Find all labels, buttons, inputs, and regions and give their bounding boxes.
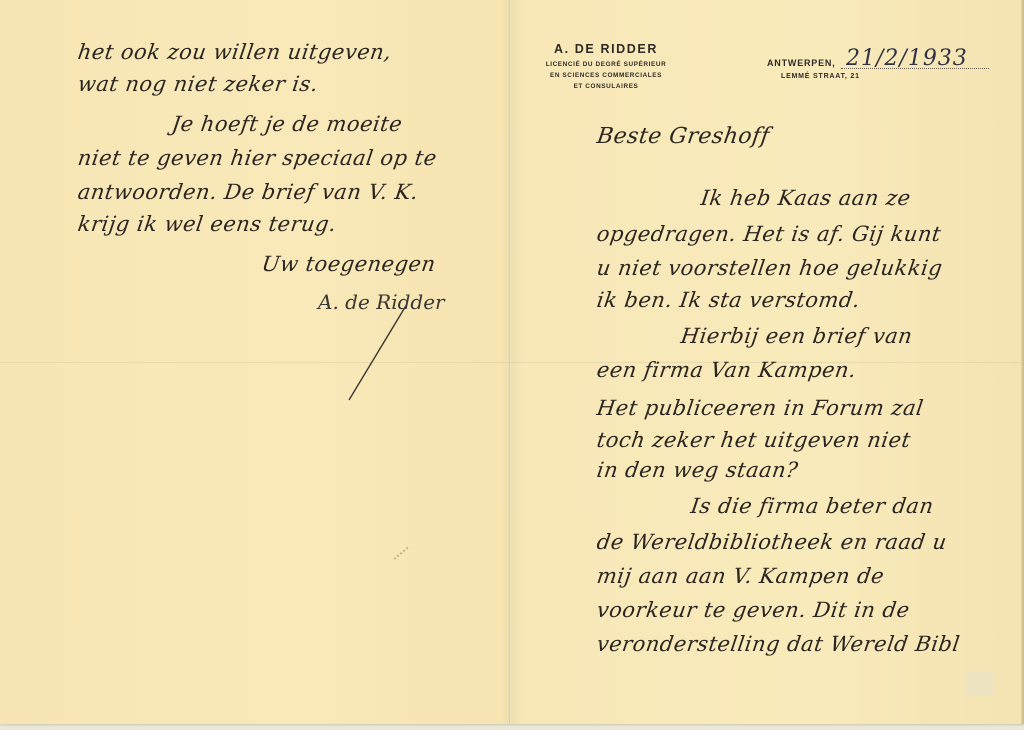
- handwritten-line: ik ben. Ik sta verstomd.: [595, 288, 862, 312]
- handwritten-line: krijg ik wel eens terug.: [76, 212, 338, 236]
- letter-sheet: het ook zou willen uitgeven, wat nog nie…: [0, 0, 1024, 724]
- letterhead-line: EN SCIENCES COMMERCIALES: [531, 70, 681, 81]
- handwritten-line: een firma Van Kampen.: [595, 358, 858, 382]
- handwritten-line: Hierbij een brief van: [679, 324, 914, 348]
- letterhead: A. DE RIDDER LICENCIÉ DU DEGRÉ SUPÉRIEUR…: [531, 42, 681, 92]
- handwritten-line: opgedragen. Het is af. Gij kunt: [595, 222, 942, 246]
- street-address: LEMMÉ STRAAT, 21: [781, 73, 860, 80]
- handwritten-line: Is die firma beter dan: [689, 494, 935, 518]
- letterhead-line: LICENCIÉ DU DEGRÉ SUPÉRIEUR: [531, 59, 681, 70]
- handwritten-line: toch zeker het uitgeven niet: [595, 428, 912, 452]
- handwritten-line: u niet voorstellen hoe gelukkig: [595, 256, 944, 280]
- archive-label-residue: [966, 672, 994, 696]
- handwritten-line: de Wereldbibliotheek en raad u: [595, 530, 948, 554]
- salutation: Beste Greshoff: [595, 124, 771, 149]
- handwritten-date: 21/2/1933: [846, 46, 968, 71]
- handwritten-line: niet te geven hier speciaal op te: [76, 146, 438, 170]
- handwritten-line: veronderstelling dat Wereld Bibl: [595, 632, 961, 656]
- archive-stamp-mark: [393, 547, 410, 562]
- right-page: A. DE RIDDER LICENCIÉ DU DEGRÉ SUPÉRIEUR…: [511, 0, 1024, 724]
- handwritten-line: het ook zou willen uitgeven,: [76, 40, 393, 64]
- handwritten-line: Je hoeft je de moeite: [170, 112, 404, 136]
- letterhead-line: ET CONSULAIRES: [531, 81, 681, 92]
- left-page: het ook zou willen uitgeven, wat nog nie…: [0, 0, 509, 724]
- handwritten-line: Ik heb Kaas aan ze: [699, 186, 912, 210]
- handwritten-line: mij aan aan V. Kampen de: [595, 564, 886, 588]
- handwritten-line: wat nog niet zeker is.: [76, 72, 320, 96]
- handwritten-line: voorkeur te geven. Dit in de: [595, 598, 911, 622]
- letter-closing: Uw toegenegen: [260, 252, 437, 276]
- handwritten-line: Het publiceeren in Forum zal: [595, 396, 925, 420]
- place-label: ANTWERPEN,: [767, 58, 836, 68]
- handwritten-line: antwoorden. De brief van V. K.: [76, 180, 420, 204]
- signature-flourish: [345, 300, 415, 405]
- handwritten-line: in den weg staan?: [595, 458, 799, 482]
- letterhead-name: A. DE RIDDER: [531, 42, 681, 56]
